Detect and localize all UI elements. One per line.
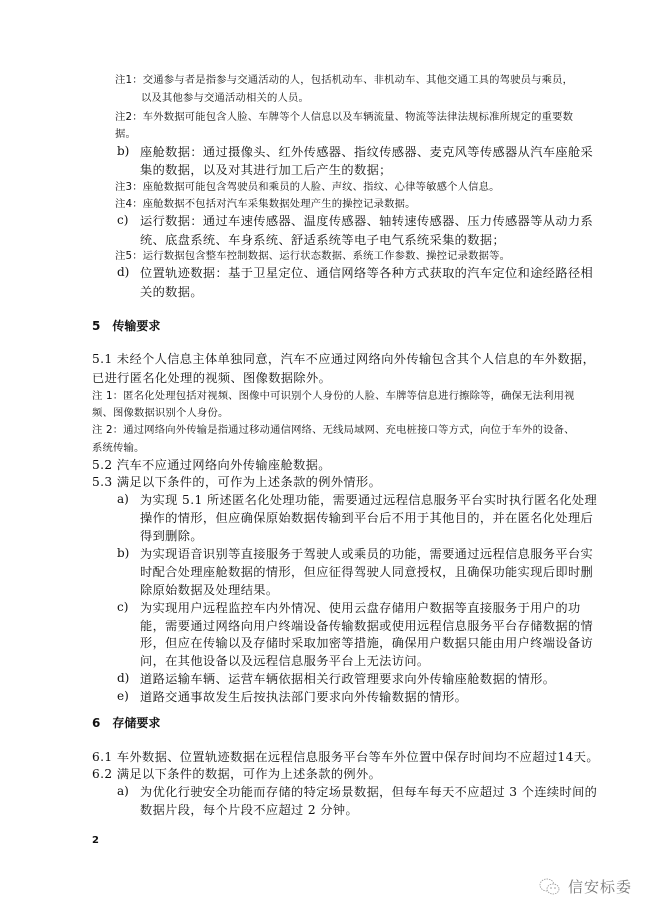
item-label-d: d) [117,265,129,279]
clause-5-2: 5.2 汽车不应通过网络向外传输座舱数据。 [92,456,331,474]
s5-item-c-l2: 能，需要通过网络向用户终端设备传输数据或使用远程信息服务平台存储数据的情 [140,617,593,635]
s5-note-2: 注 2：通过网络向外传输是指通过移动通信网络、无线局域网、充电桩接口等方式，向位… [92,421,575,439]
note-1-cont: 以及其他参与交通活动相关的人员。 [141,89,309,107]
section-6-heading: 6 存储要求 [92,714,160,732]
note-2: 注2：车外数据可能包含人脸、车牌等个人信息以及车辆流量、物流等法律法规标准所规定… [115,108,573,126]
s5-item-label-d: d) [117,671,129,685]
s5-note-2-cont: 系统传输。 [92,439,144,457]
s5-item-label-a: a) [117,492,129,506]
s5-item-a-l1: 为实现 5.1 所述匿名化处理功能，需要通过远程信息服务平台实时执行匿名化处理 [140,491,597,509]
watermark: 信安标委 [538,876,632,897]
section-5-heading: 5 传输要求 [92,317,160,335]
note-2-cont: 据。 [115,125,136,143]
s5-item-b-l3: 除原始数据及处理结果。 [140,581,278,599]
note-3: 注3：座舱数据可能包含驾驶员和乘员的人脸、声纹、指纹、心律等敏感个人信息。 [115,178,500,196]
s6-item-a-l1: 为优化行驶安全功能而存储的特定场景数据，但每车每天不应超过 3 个连续时间的 [140,783,597,801]
s5-item-label-e: e) [117,689,129,703]
s5-item-c-l3: 形，但应在传输以及存储时采取加密等措施，确保用户数据只能由用户终端设备访 [140,634,593,652]
page-number: 2 [92,835,99,846]
s6-item-a-l2: 数据片段，每个片段不应超过 2 分钟。 [140,801,358,819]
item-d-cont: 关的数据。 [140,283,203,301]
item-label-b: b) [117,144,129,158]
watermark-text: 信安标委 [568,876,632,897]
s5-item-d-l1: 道路运输车辆、运营车辆依据相关行政管理要求向外传输座舱数据的情形。 [140,670,555,688]
s5-item-e-l1: 道路交通事故发生后按执法部门要求向外传输数据的情形。 [140,688,467,706]
s5-note-1-cont: 频、图像数据识别个人身份。 [92,404,228,422]
s5-item-b-l1: 为实现语音识别等直接服务于驾驶人或乘员的功能，需要通过远程信息服务平台实 [140,545,593,563]
clause-5-3: 5.3 满足以下条件的，可作为上述条款的例外情形。 [92,473,381,491]
item-c-text: 运行数据：通过车速传感器、温度传感器、轴转速传感器、压力传感器等从动力系 [140,212,593,230]
note-5: 注5：运行数据包含整车控制数据、运行状态数据、系统工作参数、操控记录数据等。 [115,247,510,265]
clause-5-1: 5.1 未经个人信息主体单独同意，汽车不应通过网络向外传输包含其个人信息的车外数… [92,350,595,368]
s5-item-label-b: b) [117,546,129,560]
wechat-icon [538,877,562,897]
clause-5-1-cont: 已进行匿名化处理的视频、图像数据除外。 [92,369,331,387]
s5-item-c-l1: 为实现用户远程监控车内外情况、使用云盘存储用户数据等直接服务于用户的功 [140,599,581,617]
s6-item-label-a: a) [117,784,129,798]
item-b-text: 座舱数据：通过摄像头、红外传感器、指纹传感器、麦克风等传感器从汽车座舱采 [140,143,593,161]
s5-item-a-l3: 得到删除。 [140,527,203,545]
clause-6-2: 6.2 满足以下条件的数据，可作为上述条款的例外。 [92,765,381,783]
clause-6-1: 6.1 车外数据、位置轨迹数据在远程信息服务平台等车外位置中保存时间均不应超过1… [92,748,599,766]
s5-item-a-l2: 操作的情形，但应确保原始数据传输到平台后不用于其他目的，并在匿名化处理后 [140,509,593,527]
s5-item-b-l2: 时配合处理座舱数据的情形，但应征得驾驶人同意授权，且确保功能实现后即时删 [140,563,593,581]
item-d-text: 位置轨迹数据：基于卫星定位、通信网络等各种方式获取的汽车定位和途经路径相 [140,264,593,282]
note-1: 注1：交通参与者是指参与交通活动的人，包括机动车、非机动车、其他交通工具的驾驶员… [115,71,573,89]
item-label-c: c) [117,213,128,227]
s5-item-label-c: c) [117,600,128,614]
note-4: 注4：座舱数据不包括对汽车采集数据处理产生的操控记录数据。 [115,195,416,213]
s5-item-c-l4: 问，在其他设备以及远程信息服务平台上无法访问。 [140,652,430,670]
item-b-cont: 集的数据，以及对其进行加工后产生的数据； [140,161,392,179]
s5-note-1: 注 1：匿名化处理包括对视频、图像中可识别个人身份的人脸、车牌等信息进行擦除等，… [92,387,575,405]
